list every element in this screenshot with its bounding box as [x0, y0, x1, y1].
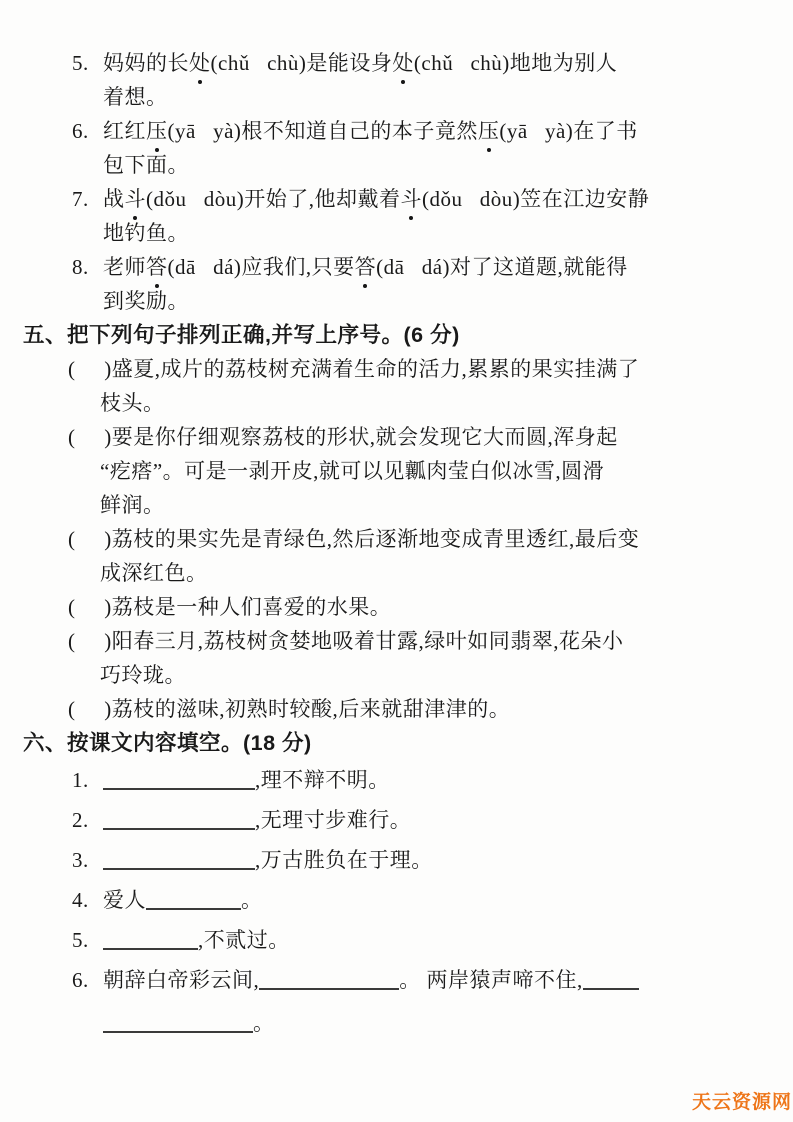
emphasized-char: 斗: [125, 182, 147, 216]
sec4-item8-line1: 8.老师答(dā dá)应我们,只要答(dā dá)对了这道题,就能得: [0, 250, 793, 284]
sentence-text: (dā dá)应我们,只要: [168, 255, 355, 279]
sentence-text: 包下面。: [103, 153, 189, 177]
emphasized-char: 处: [392, 46, 414, 80]
sentence-text: ,不贰过。: [198, 928, 290, 952]
sentence-text: 地钓鱼。: [103, 221, 189, 245]
item-number: 2.: [72, 800, 103, 840]
sentence-text: 朝辞白帝彩云间,: [103, 968, 259, 992]
item-number: 8.: [72, 250, 103, 284]
sec5-item6-line1: ( )荔枝的滋味,初熟时较酸,后来就甜津津的。: [0, 692, 793, 726]
sec6-item3: 3.,万古胜负在于理。: [0, 840, 793, 880]
section-five-title: 五、把下列句子排列正确,并写上序号。(6 分): [0, 318, 793, 352]
sentence-text: (yā yà)在了书: [499, 119, 637, 143]
answer-blank: [103, 846, 255, 870]
sentence-text: 爱人: [103, 888, 146, 912]
sentence-text: 红红: [103, 119, 146, 143]
sentence-text: 战: [103, 187, 125, 211]
emphasized-char: 压: [146, 114, 168, 148]
answer-blank: [103, 1009, 253, 1033]
sec5-item2-line1: ( )要是你仔细观察荔枝的形状,就会发现它大而圆,浑身起: [0, 420, 793, 454]
sec6-item5: 5.,不贰过。: [0, 920, 793, 960]
emphasized-char: 答: [146, 250, 168, 284]
sec5-item1-line1: ( )盛夏,成片的荔枝树充满着生命的活力,累累的果实挂满了: [0, 352, 793, 386]
sec6-item4: 4.爱人。: [0, 880, 793, 920]
sec5-item5-line1: ( )阳春三月,荔枝树贪婪地吸着甘露,绿叶如同翡翠,花朵小: [0, 624, 793, 658]
sentence-text: 。: [241, 888, 263, 912]
sentence-text: 到奖励。: [103, 289, 189, 313]
sec4-item7-line2: 地钓鱼。: [0, 216, 793, 250]
item-number: 6.: [72, 114, 103, 148]
sentence-text: ,万古胜负在于理。: [255, 848, 433, 872]
answer-blank: [103, 766, 255, 790]
site-watermark: 天云资源网: [692, 1087, 792, 1114]
answer-blank: [103, 806, 255, 830]
sec4-item5-line1: 5.妈妈的长处(chǔ chù)是能设身处(chǔ chù)地地为别人: [0, 46, 793, 80]
sentence-text: 着想。: [103, 85, 168, 109]
sec4-item8-line2: 到奖励。: [0, 284, 793, 318]
sec5-item5-line2: 巧玲珑。: [0, 658, 793, 692]
sec4-item7-line1: 7.战斗(dǒu dòu)开始了,他却戴着斗(dǒu dòu)笠在江边安静: [0, 182, 793, 216]
sentence-text: (chǔ chù)地地为别人: [414, 51, 617, 75]
section-six-title: 六、按课文内容填空。(18 分): [0, 726, 793, 760]
answer-blank: [103, 926, 198, 950]
sec5-item3-line1: ( )荔枝的果实先是青绿色,然后逐渐地变成青里透红,最后变: [0, 522, 793, 556]
answer-blank: [583, 966, 639, 990]
exam-paper-page: 5.妈妈的长处(chǔ chù)是能设身处(chǔ chù)地地为别人 着想。 …: [0, 0, 793, 1122]
sec5-item2-line3: 鲜润。: [0, 488, 793, 522]
sec5-item3-line2: 成深红色。: [0, 556, 793, 590]
sentence-text: (yā yà)根不知道自己的本子竟然: [168, 119, 478, 143]
sec4-item6-line1: 6.红红压(yā yà)根不知道自己的本子竟然压(yā yà)在了书: [0, 114, 793, 148]
sentence-text: ,无理寸步难行。: [255, 808, 411, 832]
answer-blank: [146, 886, 241, 910]
sentence-text: (chǔ chù)是能设身: [211, 51, 393, 75]
sentence-text: 。: [253, 1011, 275, 1035]
emphasized-char: 处: [189, 46, 211, 80]
sentence-text: (dǒu dòu)开始了,他却戴着: [146, 187, 401, 211]
sec6-item2: 2.,无理寸步难行。: [0, 800, 793, 840]
sentence-text: 。 两岸猿声啼不住,: [399, 968, 583, 992]
item-number: 3.: [72, 840, 103, 880]
emphasized-char: 压: [478, 114, 500, 148]
sec6-item6-line2: 。: [0, 1000, 793, 1046]
emphasized-char: 斗: [401, 182, 423, 216]
sentence-text: 妈妈的长: [103, 51, 189, 75]
sec4-item6-line2: 包下面。: [0, 148, 793, 182]
sentence-text: (dā dá)对了这道题,就能得: [376, 255, 628, 279]
sentence-text: ,理不辩不明。: [255, 768, 390, 792]
item-number: 7.: [72, 182, 103, 216]
sec5-item4-line1: ( )荔枝是一种人们喜爱的水果。: [0, 590, 793, 624]
sec4-item5-line2: 着想。: [0, 80, 793, 114]
sec5-item2-line2: “疙瘩”。可是一剥开皮,就可以见瓤肉莹白似冰雪,圆滑: [0, 454, 793, 488]
sec6-item6-line1: 6.朝辞白帝彩云间,。 两岸猿声啼不住,: [0, 960, 793, 1000]
sentence-text: (dǒu dòu)笠在江边安静: [422, 187, 649, 211]
sentence-text: 老师: [103, 255, 146, 279]
answer-blank: [259, 966, 399, 990]
sec6-item1: 1.,理不辩不明。: [0, 760, 793, 800]
item-number: 4.: [72, 880, 103, 920]
item-number: 1.: [72, 760, 103, 800]
emphasized-char: 答: [355, 250, 377, 284]
item-number: 5.: [72, 46, 103, 80]
item-number: 6.: [72, 960, 103, 1000]
item-number: 5.: [72, 920, 103, 960]
sec5-item1-line2: 枝头。: [0, 386, 793, 420]
